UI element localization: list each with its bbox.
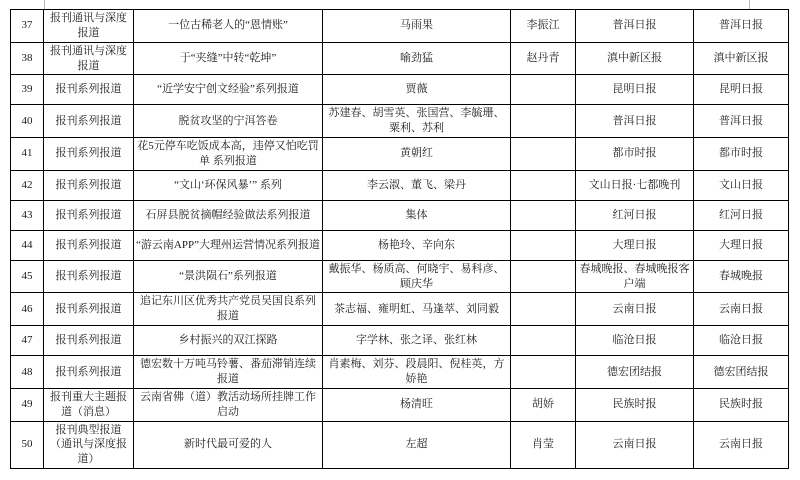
cell-authors: 苏建春、胡雪英、张国营、李毓珊、粟利、苏利 <box>323 105 511 138</box>
cell-editor: 胡娇 <box>511 388 576 421</box>
cell-category: 报刊系列报道 <box>44 260 134 293</box>
table-row: 44报刊系列报道“游云南APP”大理州运营情况系列报道杨艳玲、辛向东大理日报大理… <box>11 230 789 260</box>
cell-editor <box>511 293 576 326</box>
awards-table-grid: 37报刊通讯与深度报道一位古稀老人的“恩情账”马雨果李振江普洱日报普洱日报38报… <box>10 9 789 469</box>
cell-publication: 云南日报 <box>576 421 694 469</box>
cell-category: 报刊系列报道 <box>44 170 134 200</box>
cell-publication2: 临沧日报 <box>694 326 789 356</box>
cell-publication: 都市时报 <box>576 138 694 171</box>
table-row: 42报刊系列报道“文山‘环保风暴’” 系列李云淑、董飞、梁丹文山日报·七都晚刊文… <box>11 170 789 200</box>
cell-authors: 左超 <box>323 421 511 469</box>
cell-publication: 春城晚报、春城晚报客户端 <box>576 260 694 293</box>
cell-authors: 杨艳玲、辛向东 <box>323 230 511 260</box>
cell-publication: 大理日报 <box>576 230 694 260</box>
cell-no: 41 <box>11 138 44 171</box>
cell-authors: 戴振华、杨质高、何晓宇、易科彦、顾庆华 <box>323 260 511 293</box>
cell-authors: 贾薇 <box>323 75 511 105</box>
cell-publication: 文山日报·七都晚刊 <box>576 170 694 200</box>
table-row: 48报刊系列报道德宏数十万吨马铃薯、番茄滞销连续报道肖素梅、刘芬、段晨阳、倪桂英… <box>11 356 789 389</box>
cell-publication2: 大理日报 <box>694 230 789 260</box>
cell-authors: 杨清旺 <box>323 388 511 421</box>
table-row: 47报刊系列报道乡村振兴的双江探路字学林、张之译、张红林临沧日报临沧日报 <box>11 326 789 356</box>
cell-title: “景洪陨石”系列报道 <box>134 260 323 293</box>
table-row: 50报刊典型报道（通讯与深度报道）新时代最可爱的人左超肖莹云南日报云南日报 <box>11 421 789 469</box>
cell-category: 报刊系列报道 <box>44 326 134 356</box>
cell-editor <box>511 356 576 389</box>
cell-no: 50 <box>11 421 44 469</box>
cell-no: 42 <box>11 170 44 200</box>
cell-editor: 李振江 <box>511 10 576 43</box>
cell-title: 脱贫攻坚的宁洱答卷 <box>134 105 323 138</box>
cell-category: 报刊通讯与深度报道 <box>44 10 134 43</box>
cell-category: 报刊系列报道 <box>44 105 134 138</box>
cell-no: 40 <box>11 105 44 138</box>
cell-title: 于“夹缝”中转“乾坤” <box>134 42 323 75</box>
cell-no: 43 <box>11 200 44 230</box>
cell-editor <box>511 75 576 105</box>
cell-publication2: 红河日报 <box>694 200 789 230</box>
cell-publication2: 普洱日报 <box>694 10 789 43</box>
awards-table-body: 37报刊通讯与深度报道一位古稀老人的“恩情账”马雨果李振江普洱日报普洱日报38报… <box>11 10 789 469</box>
cell-authors: 茶志福、雍明虹、马逢萃、刘同毅 <box>323 293 511 326</box>
table-row: 45报刊系列报道“景洪陨石”系列报道戴振华、杨质高、何晓宇、易科彦、顾庆华春城晚… <box>11 260 789 293</box>
table-row: 49报刊重大主题报道（消息）云南省佛（道）教活动场所挂牌工作启动杨清旺胡娇民族时… <box>11 388 789 421</box>
cell-editor <box>511 170 576 200</box>
cell-authors: 马雨果 <box>323 10 511 43</box>
cell-authors: 肖素梅、刘芬、段晨阳、倪桂英，方娇艳 <box>323 356 511 389</box>
table-row: 46报刊系列报道追记东川区优秀共产党员吴国良系列报道茶志福、雍明虹、马逢萃、刘同… <box>11 293 789 326</box>
cell-publication: 昆明日报 <box>576 75 694 105</box>
cell-category: 报刊系列报道 <box>44 200 134 230</box>
cropped-ruling-fragment-right <box>749 0 750 9</box>
cell-authors: 黄朝红 <box>323 138 511 171</box>
cell-publication2: 德宏团结报 <box>694 356 789 389</box>
cell-editor <box>511 105 576 138</box>
cell-publication: 滇中新区报 <box>576 42 694 75</box>
cell-no: 49 <box>11 388 44 421</box>
cell-publication: 云南日报 <box>576 293 694 326</box>
cell-no: 48 <box>11 356 44 389</box>
cell-title: “文山‘环保风暴’” 系列 <box>134 170 323 200</box>
table-row: 39报刊系列报道“近学安宁创文经验”系列报道贾薇昆明日报昆明日报 <box>11 75 789 105</box>
table-row: 40报刊系列报道脱贫攻坚的宁洱答卷苏建春、胡雪英、张国营、李毓珊、粟利、苏利普洱… <box>11 105 789 138</box>
cell-publication2: 普洱日报 <box>694 105 789 138</box>
cell-authors: 集体 <box>323 200 511 230</box>
table-row: 43报刊系列报道石屏县脱贫摘帽经验做法系列报道集体红河日报红河日报 <box>11 200 789 230</box>
cell-no: 45 <box>11 260 44 293</box>
cell-no: 37 <box>11 10 44 43</box>
cell-publication2: 文山日报 <box>694 170 789 200</box>
cell-category: 报刊系列报道 <box>44 356 134 389</box>
cell-no: 46 <box>11 293 44 326</box>
cell-publication: 民族时报 <box>576 388 694 421</box>
table-row: 41报刊系列报道花5元停车吃饭成本高，违停又怕吃罚单 系列报道黄朝红都市时报都市… <box>11 138 789 171</box>
cell-no: 39 <box>11 75 44 105</box>
cell-editor: 肖莹 <box>511 421 576 469</box>
cell-editor <box>511 260 576 293</box>
awards-table: 37报刊通讯与深度报道一位古稀老人的“恩情账”马雨果李振江普洱日报普洱日报38报… <box>10 9 789 469</box>
cell-title: 追记东川区优秀共产党员吴国良系列报道 <box>134 293 323 326</box>
cell-no: 44 <box>11 230 44 260</box>
cell-authors: 字学林、张之译、张红林 <box>323 326 511 356</box>
cell-editor <box>511 200 576 230</box>
cell-category: 报刊重大主题报道（消息） <box>44 388 134 421</box>
cell-authors: 喻劲猛 <box>323 42 511 75</box>
cell-authors: 李云淑、董飞、梁丹 <box>323 170 511 200</box>
cell-category: 报刊系列报道 <box>44 293 134 326</box>
cell-category: 报刊典型报道（通讯与深度报道） <box>44 421 134 469</box>
cropped-ruling-fragment-left <box>44 0 45 9</box>
cell-editor <box>511 230 576 260</box>
cell-editor <box>511 138 576 171</box>
table-row: 37报刊通讯与深度报道一位古稀老人的“恩情账”马雨果李振江普洱日报普洱日报 <box>11 10 789 43</box>
cell-title: “游云南APP”大理州运营情况系列报道 <box>134 230 323 260</box>
cell-title: 乡村振兴的双江探路 <box>134 326 323 356</box>
cell-publication2: 昆明日报 <box>694 75 789 105</box>
cell-publication2: 都市时报 <box>694 138 789 171</box>
cell-publication: 临沧日报 <box>576 326 694 356</box>
cell-category: 报刊系列报道 <box>44 75 134 105</box>
cell-publication: 德宏团结报 <box>576 356 694 389</box>
cell-no: 47 <box>11 326 44 356</box>
cell-publication2: 云南日报 <box>694 421 789 469</box>
cell-publication2: 春城晚报 <box>694 260 789 293</box>
cell-category: 报刊通讯与深度报道 <box>44 42 134 75</box>
cell-publication2: 民族时报 <box>694 388 789 421</box>
cell-publication: 红河日报 <box>576 200 694 230</box>
cell-category: 报刊系列报道 <box>44 230 134 260</box>
cell-category: 报刊系列报道 <box>44 138 134 171</box>
cell-publication: 普洱日报 <box>576 105 694 138</box>
cell-publication2: 滇中新区报 <box>694 42 789 75</box>
cell-title: 石屏县脱贫摘帽经验做法系列报道 <box>134 200 323 230</box>
cell-title: 一位古稀老人的“恩情账” <box>134 10 323 43</box>
cell-publication2: 云南日报 <box>694 293 789 326</box>
cell-publication: 普洱日报 <box>576 10 694 43</box>
cell-no: 38 <box>11 42 44 75</box>
cell-title: 云南省佛（道）教活动场所挂牌工作启动 <box>134 388 323 421</box>
cell-editor: 赵丹青 <box>511 42 576 75</box>
table-row: 38报刊通讯与深度报道于“夹缝”中转“乾坤”喻劲猛赵丹青滇中新区报滇中新区报 <box>11 42 789 75</box>
cell-title: 新时代最可爱的人 <box>134 421 323 469</box>
cell-title: “近学安宁创文经验”系列报道 <box>134 75 323 105</box>
cell-title: 花5元停车吃饭成本高，违停又怕吃罚单 系列报道 <box>134 138 323 171</box>
cell-editor <box>511 326 576 356</box>
cell-title: 德宏数十万吨马铃薯、番茄滞销连续报道 <box>134 356 323 389</box>
